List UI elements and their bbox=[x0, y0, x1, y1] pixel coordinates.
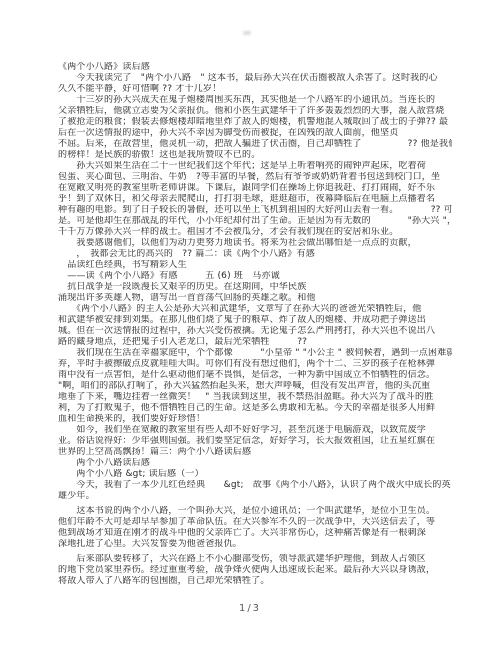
scan-smudge-mark bbox=[243, 31, 251, 35]
text-line: 后在一次送情报的途中，孙大兴不幸因为脚受伤而被捉，在凶残的敌人面前，他坚贞 bbox=[58, 128, 452, 139]
text-line: 两个小八路读后感 bbox=[58, 458, 452, 469]
text-line: 血和生命换来的，我们要好好珍惜！ bbox=[58, 414, 452, 425]
text-line: 品读红色经典，书写精彩人生 bbox=[58, 260, 452, 271]
text-line: 雨中没有一点害怕，是什么驱动他们毫不畏惧，是信念，一种为新中国成立不怕牺牲的信念… bbox=[58, 370, 452, 381]
text-line: 世界的上空高高飘扬！篇三：两个小八路读后感 bbox=[58, 447, 452, 458]
text-line: 在宽敞又明亮的教室里听老师讲课。下课后，跟同学们在操场上你追我赶、打打闹闹，好不… bbox=[58, 183, 452, 194]
text-line: 《两个小八路》的主人公是孙大兴和武建华，文章写了在孙大兴的爸爸光荣牺牲后，他 bbox=[58, 304, 452, 315]
text-line: 孙大兴如果生活在二十一世纪我们这个年代；这是早上听着响亮的闹钟声起床，吃着荷 bbox=[58, 161, 452, 172]
text-line: 他到战场才知道在刚才的战斗中他的父亲阵亡了。大兴非常伤心，这种痛苦像是有一根刺深 bbox=[58, 528, 452, 539]
text-line: 包蛋、夹心面包、三明治、牛奶 ?等丰富的早餐，然后有爷爷或奶奶背着书包送到校门口… bbox=[58, 172, 452, 183]
text-line: 千千万万像孙大兴一样的战士。祖国才不会被瓜分，才会有我们现在的安居和乐业。 bbox=[58, 227, 452, 238]
text-line: 路的藏身地点，还把鬼子引入老龙口，最后光荣牺牲 ?? bbox=[58, 337, 452, 348]
text-line: 今天我读完了 "两个小八路 " 这本书，最后孙大兴在伏击圈被敌人杀害了。这时我的… bbox=[58, 73, 452, 84]
document-text-body: 《两个小八路》读后感 今天我读完了 "两个小八路 " 这本书，最后孙大兴在伏击圈… bbox=[58, 62, 452, 587]
text-line: 十三岁的孙大兴成天在鬼子炮楼周围买东西，其实他是一个八路军的小通讯员。当连长的 bbox=[58, 95, 452, 106]
text-line: 和武建华被安排到刘集。在那儿他们烧了鬼子的粮草、炸了敌人的炮楼、并成功把子弹送出 bbox=[58, 315, 452, 326]
text-line: 父亲牺牲后，他就立志要为父亲报仇。他和小医生武建华干了许多轰轰烈烈的大事，混入敌… bbox=[58, 106, 452, 117]
text-line: 两个小八路 &gt; 读后感（一） bbox=[58, 469, 452, 480]
text-line: 业。俗话说得好：少年强则国强。我们要坚定信念，好好学习，长大报效祖国，让五星红旗… bbox=[58, 436, 452, 447]
document-page: 《两个小八路》读后感 今天我读完了 "两个小八路 " 这本书，最后孙大兴在伏击圈… bbox=[0, 0, 500, 648]
text-line: 雄少年。 bbox=[58, 491, 452, 502]
text-line: "啊，咱们的部队打响了，孙大兴猛然抬起头来，想大声呼喊，但没有发出声音，他的头沉… bbox=[58, 381, 452, 392]
text-line: 抗日战争是一段既漫长又艰辛的历史。在这期间，中华民族 bbox=[58, 282, 452, 293]
text-line: 《两个小八路》读后感 bbox=[58, 62, 452, 73]
text-line: 弃，平时手被擦破点皮就哇哇大叫。可你们有没有想过他们，两个十二、三岁的孩子在枪林… bbox=[58, 359, 452, 370]
text-line: 地垂了下来，嘴边挂着一丝微笑！ " 当我读到这里，我不禁热泪盈眶。孙大兴为了战斗… bbox=[58, 392, 452, 403]
text-line: 久久不能平静，好可惜啊 ?? 才十几岁！ bbox=[58, 84, 452, 95]
page-number-indicator: 1/3 bbox=[0, 603, 500, 614]
text-line: 不屈。后来，在敌营里，他灵机一动，把敌人骗进了伏击圈，自己却牺牲了 ?? 他是我… bbox=[58, 139, 452, 150]
text-line: 了被抢走的粮食；假装去修炮楼却暗地里炸了敌人的炮楼，机警地混入城取回了战士的子弹… bbox=[58, 117, 452, 128]
text-line: 这本书说的两个小八路，一个叫孙大兴，是位小通讯员；一个叫武建华，是位小卫生员。 bbox=[58, 506, 452, 517]
text-line: 后来部队要转移了，大兴在路上不小心腿部受伤，领导派武建华护理他，到敌人占领区 bbox=[58, 554, 452, 565]
text-line: 乎！到了双休日，和父母亲去爬爬山，打打羽毛球，逛逛超市，夜幕降临后在电脑上点播着… bbox=[58, 194, 452, 205]
text-line: 他们年龄不大可是却早早参加了革命队伍。在大兴参军不久的一次战争中，大兴送信去了，… bbox=[58, 517, 452, 528]
text-line: 种有趣的电影。到了日子较长的暑假，还可以坐上飞机到祖国的大好河山去看一看。 ??… bbox=[58, 205, 452, 216]
text-line: 如今，我们坐在宽敞的教室里有些人却不好好学习，甚至沉迷于电脑游戏，以致荒废学 bbox=[58, 425, 452, 436]
text-line: 深地扎进了心里。大兴发誓要为他爸爸报仇。 bbox=[58, 539, 452, 550]
text-line: ， 我都会无比的高兴的 ?? 篇二：读《两个小八路》有感 bbox=[58, 249, 452, 260]
text-line: 将敌人带入了八路军的包围圈，自己却光荣牺牲了。 bbox=[58, 576, 452, 587]
text-line: 我要感谢他们，以他们为动力更努力地读书。将来为社会做出哪怕是一点点的贡献， bbox=[58, 238, 452, 249]
text-line: ——读《两个小八路》有感 五 (6) 班 马亦诚 bbox=[58, 271, 452, 282]
text-line: 今天，我看了一本少儿红色经典 &gt; 故事《两个小八路》，认识了两个战火中成长… bbox=[58, 480, 452, 491]
text-line: 涌现出许多英雄人物，谱写出一首首荡气回肠的英雄之歌。和他 bbox=[58, 293, 452, 304]
text-line: 我们现在生活在幸福家庭中，个个都像 "小皇帝 " "小公主 " 被伺候着，遇到一… bbox=[58, 348, 452, 359]
text-line: 是。可是他却生在那战乱的年代，小小年纪却付出了生命。正是因为有无数的 "孙大兴 … bbox=[58, 216, 452, 227]
text-line: 城。但在一次送情报的过程中，孙大兴受伤被擒。无论鬼子怎么严刑拷打，孙大兴也不说出… bbox=[58, 326, 452, 337]
text-line: 的地下党员家里养伤。经过重重考验，战争烽火使两人迅速成长起来。最后孙大兴以身诱敌… bbox=[58, 565, 452, 576]
text-line: 的榜样！是民族的骄傲！这也是我所赞叹不已的。 bbox=[58, 150, 452, 161]
text-line: 利，为了打败鬼子，他不惜牺牲自己的生命。这是多么勇敢和无私。今天的幸福是很多人用… bbox=[58, 403, 452, 414]
